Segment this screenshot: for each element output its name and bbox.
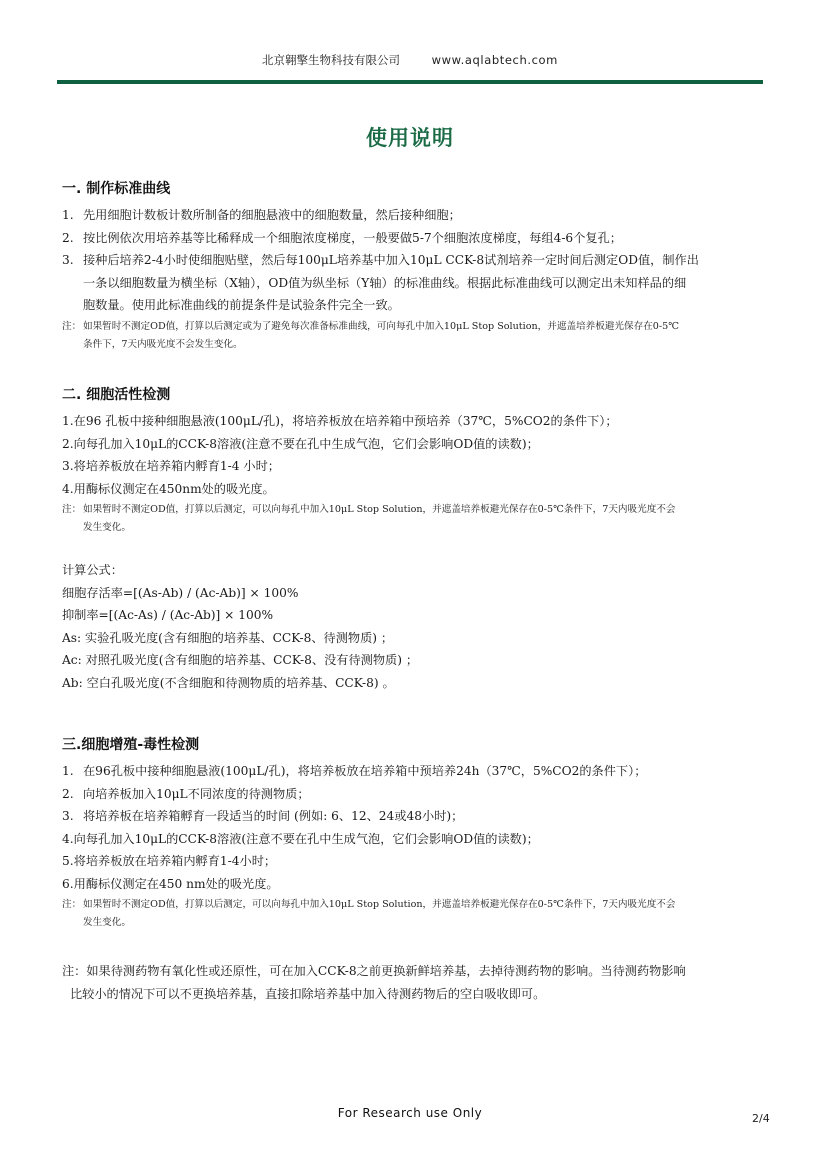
list-item: 1. 在96孔板中接种细胞悬液(100μL/孔)，将培养板放在培养箱中预培养24… bbox=[62, 760, 762, 783]
section-proliferation-toxicity: 三.细胞增殖-毒性检测 1. 在96孔板中接种细胞悬液(100μL/孔)，将培养… bbox=[62, 734, 762, 932]
page-title: 使用说明 bbox=[0, 122, 820, 152]
list-item: 4.向每孔加入10μL的CCK-8溶液(注意不要在孔中生成气泡，它们会影响OD值… bbox=[62, 828, 762, 851]
note: 注： 如果暂时不测定OD值，打算以后测定，可以向每孔中加入10μL Stop S… bbox=[62, 896, 762, 932]
list-item: 2. 向培养板加入10μL不同浓度的待测物质； bbox=[62, 783, 762, 806]
definition-ac: Ac: 对照孔吸光度(含有细胞的培养基、CCK-8、没有待测物质) ； bbox=[62, 649, 762, 672]
final-note: 注：如果待测药物有氧化性或还原性，可在加入CCK-8之前更换新鲜培养基，去掉待测… bbox=[62, 960, 762, 1005]
page-number: 2/4 bbox=[752, 1112, 770, 1125]
note: 注： 如果暂时不测定OD值，打算以后测定，可以向每孔中加入10μL Stop S… bbox=[62, 501, 762, 537]
section-standard-curve: 一. 制作标准曲线 1. 先用细胞计数板计数所制备的细胞悬液中的细胞数量，然后接… bbox=[62, 178, 762, 354]
company-name: 北京翱擎生物科技有限公司 bbox=[262, 53, 400, 67]
list-item: 2. 按比例依次用培养基等比稀释成一个细胞浓度梯度，一般要做5-7个细胞浓度梯度… bbox=[62, 227, 762, 250]
definition-ab: Ab: 空白孔吸光度(不含细胞和待测物质的培养基、CCK-8) 。 bbox=[62, 672, 762, 695]
list-item: 3. 接种后培养2-4小时使细胞贴壁，然后每100μL培养基中加入10μL CC… bbox=[62, 249, 762, 317]
list-item: 2.向每孔加入10μL的CCK-8溶液(注意不要在孔中生成气泡，它们会影响OD值… bbox=[62, 433, 762, 456]
section-heading: 二. 细胞活性检测 bbox=[62, 384, 762, 406]
list-item: 1. 先用细胞计数板计数所制备的细胞悬液中的细胞数量，然后接种细胞； bbox=[62, 204, 762, 227]
list-item: 5.将培养板放在培养箱内孵育1-4小时； bbox=[62, 850, 762, 873]
formula-viability: 细胞存活率=[(As-Ab) / (Ac-Ab)] × 100% bbox=[62, 582, 762, 605]
section-cell-viability: 二. 细胞活性检测 1.在96 孔板中接种细胞悬液(100μL/孔)，将培养板放… bbox=[62, 384, 762, 694]
formula-label: 计算公式： bbox=[62, 559, 762, 582]
page-header: 北京翱擎生物科技有限公司 www.aqlabtech.com bbox=[0, 52, 820, 68]
section-heading: 一. 制作标准曲线 bbox=[62, 178, 762, 200]
formula-inhibition: 抑制率=[(Ac-As) / (Ac-Ab)] × 100% bbox=[62, 604, 762, 627]
footer-disclaimer: For Research use Only bbox=[0, 1106, 820, 1120]
list-item: 1.在96 孔板中接种细胞悬液(100μL/孔)，将培养板放在培养箱中预培养（3… bbox=[62, 410, 762, 433]
header-divider bbox=[57, 80, 763, 84]
list-item: 3. 将培养板在培养箱孵育一段适当的时间 (例如: 6、12、24或48小时)； bbox=[62, 805, 762, 828]
section-heading: 三.细胞增殖-毒性检测 bbox=[62, 734, 762, 756]
list-item: 4.用酶标仪测定在450nm处的吸光度。 bbox=[62, 478, 762, 501]
definition-as: As: 实验孔吸光度(含有细胞的培养基、CCK-8、待测物质) ； bbox=[62, 627, 762, 650]
company-url[interactable]: www.aqlabtech.com bbox=[432, 53, 558, 67]
list-item: 3.将培养板放在培养箱内孵育1-4 小时； bbox=[62, 455, 762, 478]
note: 注： 如果暂时不测定OD值，打算以后测定或为了避免每次准备标准曲线，可向每孔中加… bbox=[62, 318, 762, 354]
list-item: 6.用酶标仪测定在450 nm处的吸光度。 bbox=[62, 873, 762, 896]
